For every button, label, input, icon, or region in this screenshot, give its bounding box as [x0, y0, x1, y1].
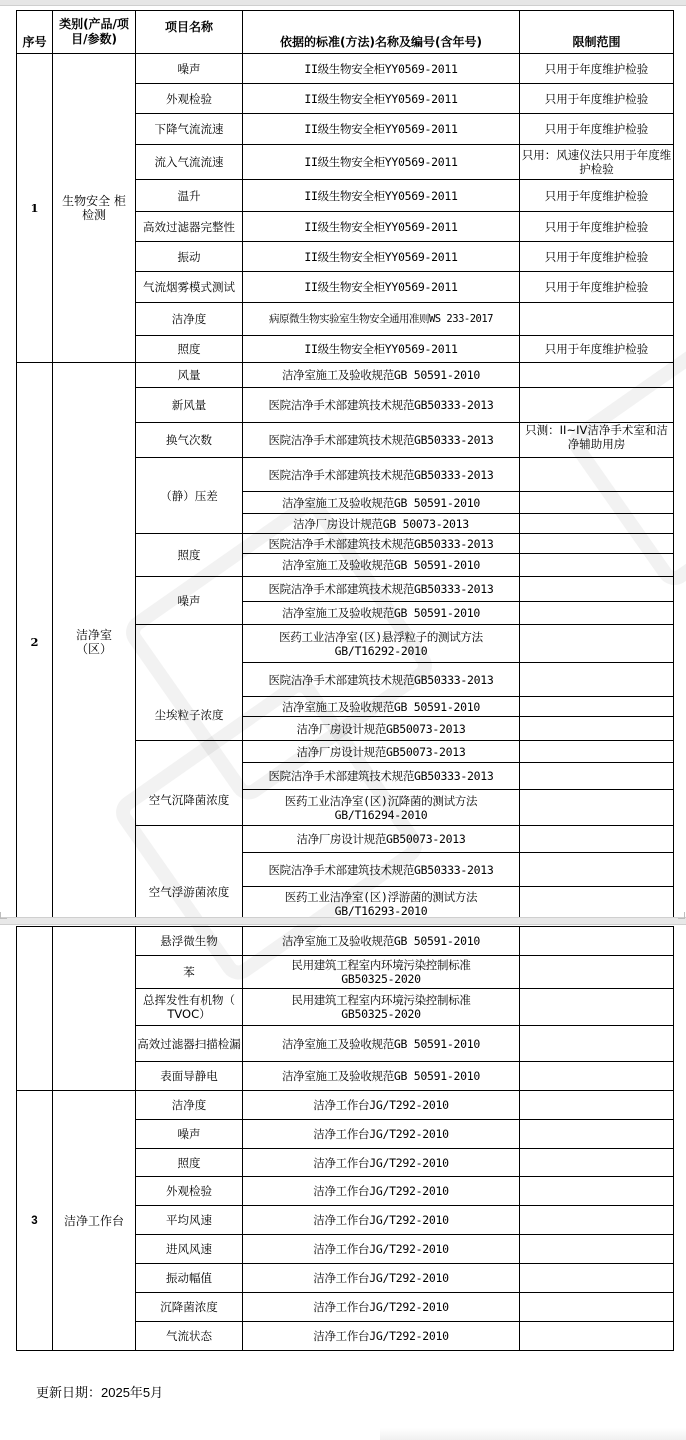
header-category: 类别(产品/项目/参数): [53, 11, 136, 54]
standard-name: 医院洁净手术部建筑技术规范GB50333-2013: [243, 577, 520, 602]
standard-name: 医院洁净手术部建筑技术规范GB50333-2013: [243, 388, 520, 423]
standard-name: 民用建筑工程室内环境污染控制标准 GB50325-2020: [243, 989, 520, 1026]
table-row: 2 洁净室 （区） 风量 洁净室施工及验收规范GB 50591-2010: [17, 363, 674, 388]
limit-scope: [520, 1062, 674, 1091]
standard-name: II级生物安全柜YY0569-2011: [243, 84, 520, 114]
standards-table-page1: 序号 类别(产品/项目/参数) 项目名称 依据的标准(方法)名称及编号(含年号)…: [16, 10, 674, 921]
standard-name: 洁净工作台JG/T292-2010: [243, 1293, 520, 1322]
limit-scope: [520, 625, 674, 663]
table-row: 悬浮微生物 洁净室施工及验收规范GB 50591-2010: [17, 927, 674, 956]
standard-name: II级生物安全柜YY0569-2011: [243, 145, 520, 180]
table-header-row: 序号 类别(产品/项目/参数) 项目名称 依据的标准(方法)名称及编号(含年号)…: [17, 11, 674, 54]
section3-seq: 3: [17, 1091, 53, 1351]
standard-name: 洁净工作台JG/T292-2010: [243, 1322, 520, 1351]
standard-name: 洁净工作台JG/T292-2010: [243, 1264, 520, 1293]
limit-scope: [520, 458, 674, 492]
item-name: 噪声: [136, 577, 243, 625]
item-name: 尘埃粒子浓度: [136, 625, 243, 741]
limit-scope: [520, 741, 674, 763]
limit-scope: [520, 697, 674, 717]
limit-scope: 只用：风速仪法只用于年度维护检验: [520, 145, 674, 180]
limit-scope: [520, 388, 674, 423]
limit-scope: 只用于年度维护检验: [520, 272, 674, 303]
section2-seq: 2: [17, 363, 53, 921]
limit-scope: [520, 1293, 674, 1322]
section1-seq: 1: [17, 54, 53, 363]
standard-name: 洁净室施工及验收规范GB 50591-2010: [243, 602, 520, 625]
header-seq: 序号: [17, 11, 53, 54]
item-name: 高效过滤器完整性: [136, 212, 243, 242]
item-name: 振动幅值: [136, 1264, 243, 1293]
item-name: 下降气流流速: [136, 114, 243, 145]
limit-scope: [520, 956, 674, 989]
item-name: 气流状态: [136, 1322, 243, 1351]
standard-name: 洁净工作台JG/T292-2010: [243, 1120, 520, 1149]
item-name: 风量: [136, 363, 243, 388]
limit-scope: [520, 717, 674, 741]
item-name: 空气浮游菌浓度: [136, 826, 243, 921]
standard-name: II级生物安全柜YY0569-2011: [243, 212, 520, 242]
standard-name: 医院洁净手术部建筑技术规范GB50333-2013: [243, 763, 520, 790]
item-name: 总挥发性有机物（ TVOC）: [136, 989, 243, 1026]
item-name: 照度: [136, 1149, 243, 1177]
update-date: 更新日期：2025年5月: [36, 1382, 163, 1401]
standard-name: 医院洁净手术部建筑技术规范GB50333-2013: [243, 423, 520, 458]
page-top-edge: [0, 0, 686, 6]
limit-scope: [520, 1120, 674, 1149]
page-break: [0, 917, 686, 925]
header-item: 项目名称: [136, 11, 243, 54]
standard-name: 洁净工作台JG/T292-2010: [243, 1149, 520, 1177]
section2-category: 洁净室 （区）: [53, 363, 136, 921]
limit-scope: [520, 577, 674, 602]
standard-name: 医院洁净手术部建筑技术规范GB50333-2013: [243, 663, 520, 697]
limit-scope: [520, 1091, 674, 1120]
limit-scope: [520, 1177, 674, 1206]
limit-scope: [520, 554, 674, 577]
standard-name: II级生物安全柜YY0569-2011: [243, 242, 520, 272]
item-name: 照度: [136, 336, 243, 363]
standard-name: 病原微生物实验室生物安全通用准则WS 233-2017: [243, 303, 520, 336]
standard-name: 洁净室施工及验收规范GB 50591-2010: [243, 1026, 520, 1062]
item-name: （静）压差: [136, 458, 243, 534]
item-name: 苯: [136, 956, 243, 989]
standard-name: 洁净工作台JG/T292-2010: [243, 1235, 520, 1264]
limit-scope: [520, 534, 674, 554]
limit-scope: 只用于年度维护检验: [520, 84, 674, 114]
standard-name: 洁净室施工及验收规范GB 50591-2010: [243, 927, 520, 956]
item-name: 平均风速: [136, 1206, 243, 1235]
item-name: 噪声: [136, 1120, 243, 1149]
limit-scope: 只用于年度维护检验: [520, 336, 674, 363]
standard-name: 洁净厂房设计规范GB50073-2013: [243, 826, 520, 853]
item-name: 洁净度: [136, 1091, 243, 1120]
standard-name: 民用建筑工程室内环境污染控制标准 GB50325-2020: [243, 956, 520, 989]
limit-scope: 只用于年度维护检验: [520, 242, 674, 272]
page-corner-mark: [0, 912, 7, 919]
limit-scope: [520, 763, 674, 790]
limit-scope: [520, 887, 674, 921]
standard-name: 医院洁净手术部建筑技术规范GB50333-2013: [243, 458, 520, 492]
item-name: 温升: [136, 180, 243, 212]
limit-scope: [520, 826, 674, 853]
limit-scope: [520, 1206, 674, 1235]
item-name: 气流烟雾模式测试: [136, 272, 243, 303]
table-row: 3 洁净工作台 洁净度 洁净工作台JG/T292-2010: [17, 1091, 674, 1120]
section3-category: 洁净工作台: [53, 1091, 136, 1351]
standard-name: 医院洁净手术部建筑技术规范GB50333-2013: [243, 534, 520, 554]
standard-name: 医药工业洁净室(区)浮游菌的测试方法 GB/T16293-2010: [243, 887, 520, 921]
page-bottom-shadow: [380, 1428, 686, 1440]
standard-name: 医药工业洁净室(区)悬浮粒子的测试方法 GB/T16292-2010: [243, 625, 520, 663]
limit-scope: [520, 853, 674, 887]
standard-name: 洁净室施工及验收规范GB 50591-2010: [243, 697, 520, 717]
section2-category-continued: [53, 927, 136, 1091]
item-name: 照度: [136, 534, 243, 577]
standard-name: 洁净工作台JG/T292-2010: [243, 1206, 520, 1235]
update-date-label: 更新日期：: [36, 1385, 101, 1400]
standard-name: 医院洁净手术部建筑技术规范GB50333-2013: [243, 853, 520, 887]
standard-name: II级生物安全柜YY0569-2011: [243, 272, 520, 303]
standard-name: II级生物安全柜YY0569-2011: [243, 54, 520, 84]
item-name: 高效过滤器扫描检漏: [136, 1026, 243, 1062]
standard-name: 洁净厂房设计规范GB50073-2013: [243, 741, 520, 763]
limit-scope: 只测：II~IV洁净手术室和洁净辅助用房: [520, 423, 674, 458]
item-name: 噪声: [136, 54, 243, 84]
standard-name: II级生物安全柜YY0569-2011: [243, 114, 520, 145]
limit-scope: [520, 303, 674, 336]
standard-name: 洁净工作台JG/T292-2010: [243, 1177, 520, 1206]
standard-name: 洁净厂房设计规范GB 50073-2013: [243, 514, 520, 534]
limit-scope: 只用于年度维护检验: [520, 180, 674, 212]
standard-name: 洁净厂房设计规范GB50073-2013: [243, 717, 520, 741]
limit-scope: [520, 514, 674, 534]
limit-scope: [520, 363, 674, 388]
limit-scope: 只用于年度维护检验: [520, 114, 674, 145]
standard-name: 洁净工作台JG/T292-2010: [243, 1091, 520, 1120]
section1-category: 生物安全 柜检测: [53, 54, 136, 363]
limit-scope: [520, 927, 674, 956]
item-name: 进风风速: [136, 1235, 243, 1264]
item-name: 外观检验: [136, 1177, 243, 1206]
limit-scope: [520, 989, 674, 1026]
limit-scope: [520, 1026, 674, 1062]
item-name: 新风量: [136, 388, 243, 423]
standards-table-page2: 悬浮微生物 洁净室施工及验收规范GB 50591-2010 苯 民用建筑工程室内…: [16, 926, 674, 1351]
update-date-value: 2025年5月: [101, 1385, 163, 1400]
item-name: 洁净度: [136, 303, 243, 336]
limit-scope: [520, 1235, 674, 1264]
header-standard: 依据的标准(方法)名称及编号(含年号): [243, 11, 520, 54]
limit-scope: [520, 1322, 674, 1351]
item-name: 空气沉降菌浓度: [136, 741, 243, 826]
header-limit: 限制范围: [520, 11, 674, 54]
standard-name: II级生物安全柜YY0569-2011: [243, 336, 520, 363]
limit-scope: [520, 663, 674, 697]
item-name: 外观检验: [136, 84, 243, 114]
table-row: 1 生物安全 柜检测 噪声 II级生物安全柜YY0569-2011 只用于年度维…: [17, 54, 674, 84]
limit-scope: [520, 1264, 674, 1293]
page-corner-mark: [678, 912, 685, 919]
standard-name: 洁净室施工及验收规范GB 50591-2010: [243, 492, 520, 514]
limit-scope: 只用于年度维护检验: [520, 54, 674, 84]
item-name: 流入气流流速: [136, 145, 243, 180]
limit-scope: [520, 602, 674, 625]
item-name: 振动: [136, 242, 243, 272]
limit-scope: [520, 790, 674, 826]
limit-scope: 只用于年度维护检验: [520, 212, 674, 242]
standard-name: 医药工业洁净室(区)沉降菌的测试方法 GB/T16294-2010: [243, 790, 520, 826]
standard-name: 洁净室施工及验收规范GB 50591-2010: [243, 363, 520, 388]
item-name: 表面导静电: [136, 1062, 243, 1091]
item-name: 悬浮微生物: [136, 927, 243, 956]
standard-name: 洁净室施工及验收规范GB 50591-2010: [243, 1062, 520, 1091]
item-name: 沉降菌浓度: [136, 1293, 243, 1322]
section2-seq-continued: [17, 927, 53, 1091]
standard-name: II级生物安全柜YY0569-2011: [243, 180, 520, 212]
standard-name: 洁净室施工及验收规范GB 50591-2010: [243, 554, 520, 577]
limit-scope: [520, 492, 674, 514]
limit-scope: [520, 1149, 674, 1177]
item-name: 换气次数: [136, 423, 243, 458]
